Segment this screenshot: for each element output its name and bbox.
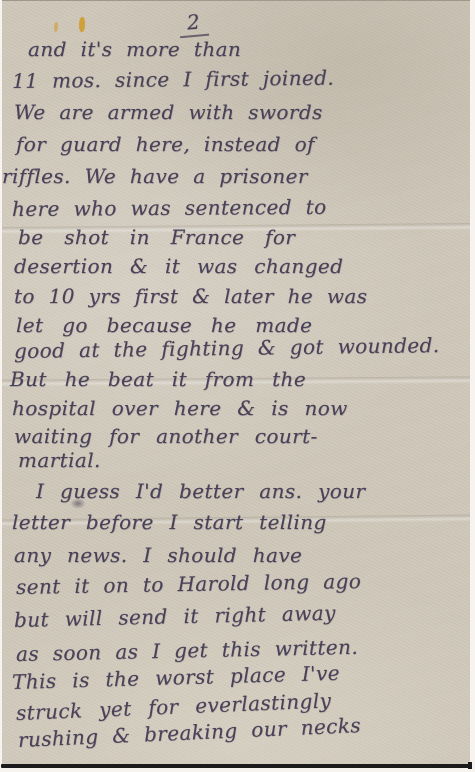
handwriting-line-14: waiting for another court- — [14, 424, 318, 448]
handwriting-line-10: let go because he made — [16, 313, 312, 337]
handwriting-line-5: riffles. We have a prisoner — [2, 164, 308, 188]
handwriting-line-3: We are armed with swords — [14, 100, 323, 124]
handwriting-line-4: for guard here, instead of — [16, 132, 315, 156]
letter-scan: 2 and it's more than 11 mos. since I fir… — [0, 0, 475, 772]
handwriting-line-20: but will send it right away — [14, 601, 336, 632]
handwriting-line-11: good at the fighting & got wounded. — [14, 333, 440, 363]
handwriting-line-7: be shot in France for — [18, 225, 295, 249]
handwriting-line-12: But he beat it from the — [10, 367, 306, 391]
handwriting-text: and it's more than 11 mos. since I first… — [2, 1, 470, 764]
handwriting-line-1: and it's more than — [28, 37, 241, 61]
handwriting-line-2: 11 mos. since I first joined. — [12, 66, 334, 93]
handwriting-line-8: desertion & it was changed — [14, 254, 343, 278]
handwriting-line-17: letter before I start telling — [12, 510, 327, 534]
handwriting-line-19: sent it on to Harold long ago — [16, 569, 362, 599]
handwriting-line-9: to 10 yrs first & later he was — [14, 284, 367, 308]
scan-corner-mark — [468, 762, 472, 769]
scan-bottom-edge — [1, 764, 471, 768]
letter-paper: 2 and it's more than 11 mos. since I fir… — [2, 0, 470, 764]
handwriting-line-16: I guess I'd better ans. your — [36, 479, 365, 503]
handwriting-line-6: here who was sentenced to — [12, 195, 327, 221]
handwriting-line-13: hospital over here & is now — [12, 396, 348, 420]
handwriting-line-15: martial. — [18, 448, 101, 472]
handwriting-line-18: any news. I should have — [14, 543, 302, 567]
